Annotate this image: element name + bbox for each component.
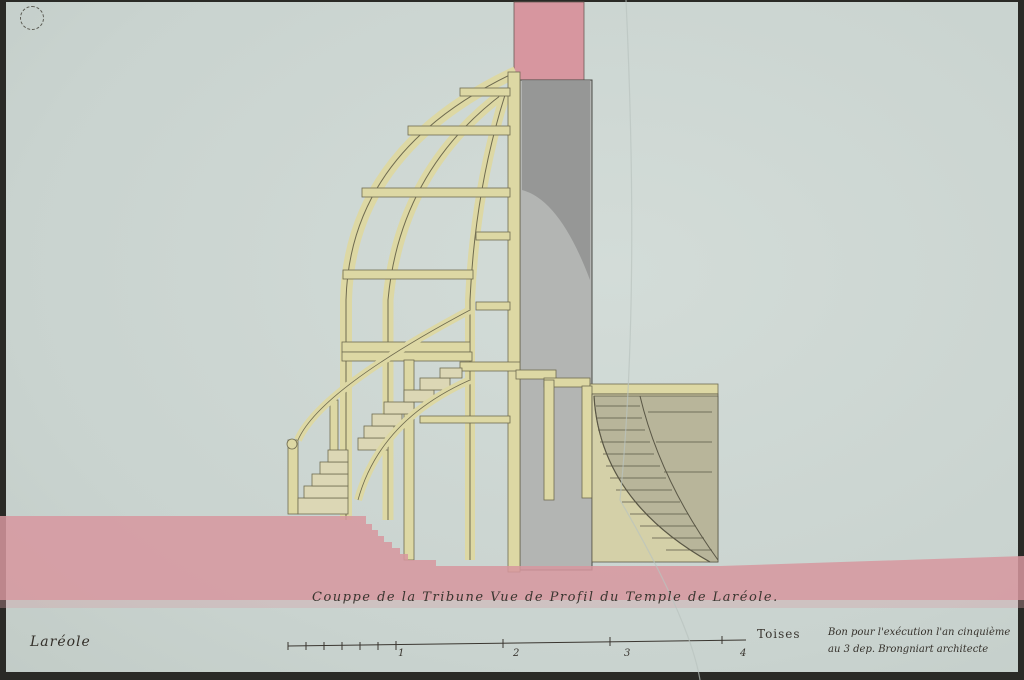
annotation-line-2: au 3 dep. Brongniart architecte [828, 641, 1024, 658]
dome-frame [346, 72, 516, 560]
annotation-line-1: Bon pour l'exécution l'an cinquième [828, 624, 1024, 641]
scale-tick-3: 3 [624, 648, 630, 659]
scale-tick-1: 1 [398, 648, 404, 659]
chimney-masonry [514, 2, 584, 82]
right-staircase [592, 394, 718, 562]
scale-unit-label: Toises [757, 627, 801, 641]
scale-tick-2: 2 [513, 648, 519, 659]
scale-tick-4: 4 [740, 648, 746, 659]
left-staircase [287, 310, 470, 514]
drawing-title-caption: Couppe de la Tribune Vue de Profil du Te… [312, 590, 779, 605]
place-label: Laréole [30, 634, 91, 650]
approval-annotation: Bon pour l'exécution l'an cinquième au 3… [828, 624, 1024, 658]
section-drawing [0, 0, 1024, 680]
